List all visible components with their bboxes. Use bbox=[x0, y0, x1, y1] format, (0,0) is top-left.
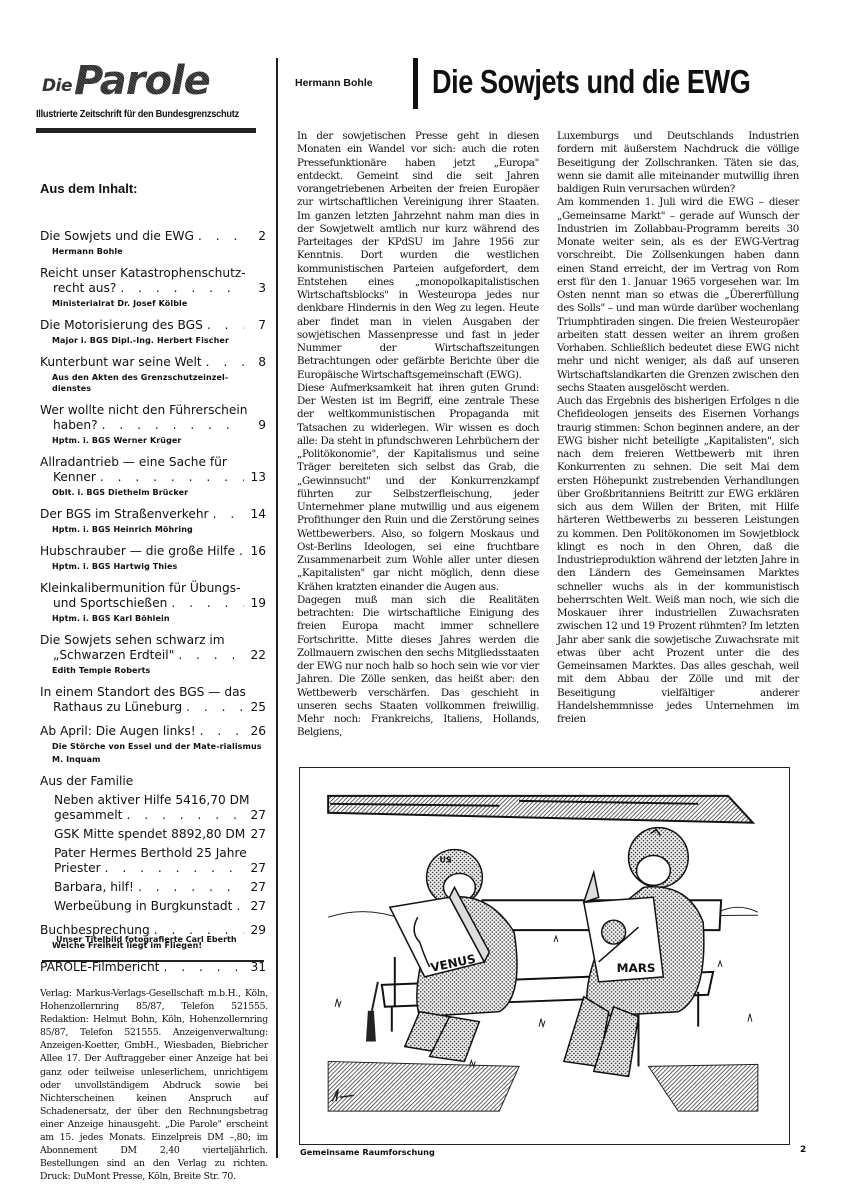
toc-leader-dots: . . . . . . . . . . . . . . . . . . . bbox=[202, 355, 244, 370]
page-number: 2 bbox=[800, 1145, 806, 1155]
toc-page: 2 bbox=[244, 229, 266, 244]
toc-leader-dots: . . . . . . . . . . . . . . . . . . . bbox=[196, 724, 244, 739]
toc-title: Die Motorisierung des BGS bbox=[40, 318, 203, 333]
toc-page: 27 bbox=[249, 827, 266, 842]
toc-author: Edith Temple Roberts bbox=[40, 665, 266, 676]
toc-page: 14 bbox=[244, 507, 266, 522]
toc-title: Pater Hermes Berthold 25 Jahre bbox=[54, 846, 247, 861]
toc-entry[interactable]: Der BGS im Straßenverkehr. . . . . . . .… bbox=[40, 507, 266, 535]
toc-entry[interactable]: Die Motorisierung des BGS. . . . . . . .… bbox=[40, 318, 266, 346]
toc-title: Kleinkalibermunition für Übungs- bbox=[40, 581, 241, 596]
toc-entry[interactable]: Allradantrieb — eine Sache für Kenner. .… bbox=[40, 455, 266, 498]
toc-author: Oblt. i. BGS Diethelm Brücker bbox=[40, 487, 266, 498]
toc-page: 22 bbox=[244, 648, 266, 663]
toc-title-cont: haben? bbox=[53, 418, 98, 433]
toc-leader-dots: . . . . . . . . . . . . . . . . . . . bbox=[203, 318, 244, 333]
toc-leader-dots: . . . . . . . . . . . . . . . . . . . bbox=[96, 470, 244, 485]
article-author: Hermann Bohle bbox=[295, 77, 373, 89]
toc-title-cont: Kenner bbox=[53, 470, 96, 485]
toc-leader-dots: . . . . . . . . . . . . . . . . . . . bbox=[159, 960, 244, 975]
toc-subtitle: Die Störche von Essel und der Mate-riali… bbox=[40, 741, 266, 752]
toc-title: Werbeübung in Burgkunstadt bbox=[54, 899, 232, 914]
toc-entry[interactable]: PAROLE-Filmbericht. . . . . . . . . . . … bbox=[40, 960, 266, 975]
paragraph: In der sowjetischen Presse geht in diese… bbox=[297, 130, 539, 382]
paragraph: Am kommenden 1. Juli wird die EWG – dies… bbox=[557, 196, 799, 395]
toc-title: Die Sowjets und die EWG bbox=[40, 229, 194, 244]
toc-page: 27 bbox=[244, 861, 266, 876]
toc-title: Ab April: Die Augen links! bbox=[40, 724, 196, 739]
imprint-rule bbox=[42, 960, 264, 962]
toc-entry[interactable]: Hubschrauber — die große Hilfe. . . . . … bbox=[40, 544, 266, 572]
toc-entry[interactable]: Ab April: Die Augen links!. . . . . . . … bbox=[40, 724, 266, 765]
cartoon-illustration: US VENUS MARS bbox=[299, 767, 790, 1145]
toc-entry[interactable]: Reicht unser Katastrophenschutz- recht a… bbox=[40, 266, 266, 309]
toc-author: Hptm. i. BGS Heinrich Möhring bbox=[40, 524, 266, 535]
toc-title-cont: Priester bbox=[54, 861, 101, 876]
toc-page: 8 bbox=[244, 355, 266, 370]
toc-author: Ministerialrat Dr. Josef Kölble bbox=[40, 298, 266, 309]
toc-leader-dots: . . . . . . . . . . . . . . . . . . . bbox=[122, 808, 244, 823]
bottle bbox=[366, 982, 378, 1042]
column-divider bbox=[276, 58, 278, 1158]
toc-title-cont: recht aus? bbox=[53, 281, 116, 296]
toc-entry[interactable]: Die Sowjets und die EWG. . . . . . . . .… bbox=[40, 229, 266, 257]
toc-subentry[interactable]: Barbara, hilf!. . . . . . . . . . . . . … bbox=[54, 880, 266, 895]
toc-leader-dots: . . . . . . . . . . . . . . . . . . . bbox=[235, 544, 244, 559]
toc-title: Kunterbunt war seine Welt bbox=[40, 355, 202, 370]
magazine-logo: Die Parole bbox=[42, 60, 266, 100]
toc-title: Wer wollte nicht den Führerschein bbox=[40, 403, 248, 418]
toc-page: 31 bbox=[244, 960, 266, 975]
toc-entry[interactable]: Kunterbunt war seine Welt. . . . . . . .… bbox=[40, 355, 266, 394]
toc-title: Barbara, hilf! bbox=[54, 880, 134, 895]
paragraph: Dagegen muß man sich die Realitäten betr… bbox=[297, 594, 539, 740]
paragraph: Luxemburgs und Deutschlands Industrien f… bbox=[557, 130, 799, 196]
toc-entry[interactable]: In einem Standort des BGS — das Rathaus … bbox=[40, 685, 266, 715]
toc-title: Neben aktiver Hilfe 5416,70 DM bbox=[54, 793, 250, 808]
article-column-1: In der sowjetischen Presse geht in diese… bbox=[297, 130, 539, 740]
toc-subentry[interactable]: Pater Hermes Berthold 25 Jahre Priester.… bbox=[54, 846, 266, 876]
figure-caption: Gemeinsame Raumforschung bbox=[300, 1147, 435, 1157]
paragraph: Auch das Ergebnis des bisherigen Erfolge… bbox=[557, 395, 799, 726]
toc-subentry[interactable]: Neben aktiver Hilfe 5416,70 DM gesammelt… bbox=[54, 793, 266, 823]
paragraph: Diese Aufmerksamkeit hat ihren guten Gru… bbox=[297, 382, 539, 594]
toc-subentry[interactable]: Werbeübung in Burgkunstadt. . . . . . . … bbox=[54, 899, 266, 914]
toc-page: 13 bbox=[244, 470, 266, 485]
toc-page: 16 bbox=[244, 544, 266, 559]
toc-leader-dots: . . . . . . . . . . . . . . . . . . . bbox=[174, 648, 244, 663]
toc-section-heading: Aus der Familie bbox=[40, 774, 133, 789]
toc-leader-dots: . . . . . . . . . . . . . . . . . . . bbox=[194, 229, 244, 244]
toc-leader-dots: . . . . . . . . . . . . . . . . . . . bbox=[209, 507, 244, 522]
toc-author: Aus den Akten des Grenzschutzeinzel-dien… bbox=[40, 372, 266, 394]
toc-page: 27 bbox=[244, 899, 266, 914]
toc-author: Hermann Bohle bbox=[40, 246, 266, 257]
article-column-2: Luxemburgs und Deutschlands Industrien f… bbox=[557, 130, 799, 726]
toc-title-cont: „Schwarzen Erdteil" bbox=[53, 648, 174, 663]
toc-title: Reicht unser Katastrophenschutz- bbox=[40, 266, 246, 281]
toc-page: 19 bbox=[244, 596, 266, 611]
cover-photo-credit: Unser Titelbild fotografierte Carl Ebert… bbox=[56, 935, 237, 944]
toc-leader-dots: . . . . . . . . . . . . . . . . . . . bbox=[167, 596, 244, 611]
toc-page: 27 bbox=[244, 808, 266, 823]
article-title: Die Sowjets und die EWG bbox=[432, 63, 750, 101]
svg-text:US: US bbox=[440, 855, 452, 864]
toc-author: Hptm. i. BGS Hartwig Thies bbox=[40, 561, 266, 572]
title-bar bbox=[413, 58, 418, 109]
toc-title: GSK Mitte spendet 8892,80 DM bbox=[54, 827, 245, 842]
toc-page: 3 bbox=[244, 281, 266, 296]
toc-page: 27 bbox=[244, 880, 266, 895]
toc-author: Major i. BGS Dipl.-Ing. Herbert Fischer bbox=[40, 335, 266, 346]
toc-entry[interactable]: Wer wollte nicht den Führerschein haben?… bbox=[40, 403, 266, 446]
table-of-contents: Die Sowjets und die EWG. . . . . . . . .… bbox=[40, 229, 266, 984]
masthead: Die Parole Illustrierte Zeitschrift für … bbox=[36, 60, 266, 133]
logo-prefix: Die bbox=[42, 76, 72, 96]
toc-page: 25 bbox=[244, 700, 266, 715]
toc-leader-dots: . . . . . . . . . . . . . . . . . . . bbox=[134, 880, 244, 895]
mars-label: MARS bbox=[617, 961, 656, 975]
toc-page: 26 bbox=[244, 724, 266, 739]
toc-title-cont: Rathaus zu Lüneburg bbox=[53, 700, 182, 715]
toc-title: PAROLE-Filmbericht bbox=[40, 960, 159, 975]
toc-subentry[interactable]: GSK Mitte spendet 8892,80 DM27 bbox=[54, 827, 266, 842]
sky-streaks bbox=[328, 796, 753, 823]
masthead-rule bbox=[36, 128, 256, 133]
toc-leader-dots: . . . . . . . . . . . . . . . . . . . bbox=[182, 700, 244, 715]
toc-section-family: Aus der Familie Neben aktiver Hilfe 5416… bbox=[40, 774, 266, 914]
toc-author: M. Inquam bbox=[40, 754, 266, 765]
astronauts-on-bench-drawing: US VENUS MARS bbox=[300, 768, 789, 1144]
toc-title-cont: gesammelt bbox=[54, 808, 122, 823]
toc-author: Hptm. i. BGS Werner Krüger bbox=[40, 435, 266, 446]
toc-author: Hptm. i. BGS Karl Böhlein bbox=[40, 613, 266, 624]
toc-title: Hubschrauber — die große Hilfe bbox=[40, 544, 235, 559]
toc-title: Der BGS im Straßenverkehr bbox=[40, 507, 209, 522]
toc-page: 29 bbox=[244, 923, 266, 938]
toc-heading: Aus dem Inhalt: bbox=[40, 181, 138, 196]
toc-entry[interactable]: Die Sowjets sehen schwarz im „Schwarzen … bbox=[40, 633, 266, 676]
toc-leader-dots: . . . . . . . . . . . . . . . . . . . bbox=[116, 281, 244, 296]
toc-leader-dots: . . . . . . . . . . . . . . . . . . . bbox=[232, 899, 244, 914]
logo-main: Parole bbox=[74, 62, 210, 100]
toc-page: 9 bbox=[244, 418, 266, 433]
toc-title: Allradantrieb — eine Sache für bbox=[40, 455, 227, 470]
toc-title: In einem Standort des BGS — das bbox=[40, 685, 246, 700]
toc-leader-dots: . . . . . . . . . . . . . . . . . . . bbox=[101, 861, 244, 876]
magazine-subtitle: Illustrierte Zeitschrift für den Bundesg… bbox=[36, 108, 238, 120]
toc-title: Die Sowjets sehen schwarz im bbox=[40, 633, 225, 648]
toc-leader-dots: . . . . . . . . . . . . . . . . . . . bbox=[98, 418, 244, 433]
toc-title-cont: und Sportschießen bbox=[53, 596, 167, 611]
publisher-imprint: Verlag: Markus-Verlags-Gesellschaft m.b.… bbox=[40, 987, 268, 1183]
toc-page: 7 bbox=[244, 318, 266, 333]
toc-entry[interactable]: Kleinkalibermunition für Übungs- und Spo… bbox=[40, 581, 266, 624]
